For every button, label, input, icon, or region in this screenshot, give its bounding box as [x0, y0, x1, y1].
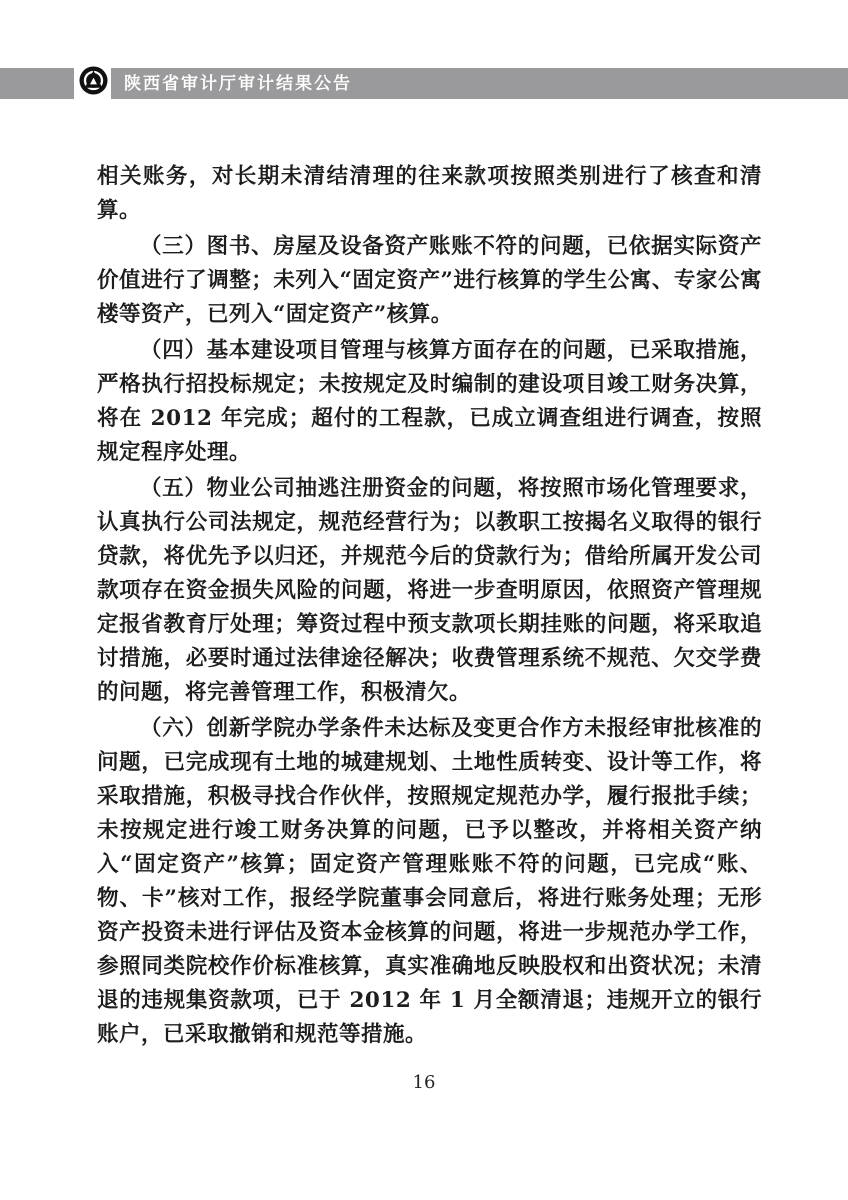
header-title: 陕西省审计厅审计结果公告: [124, 68, 352, 99]
paragraph-section-4: （四）基本建设项目管理与核算方面存在的问题，已采取措施，严格执行招投标规定；未按…: [97, 334, 762, 470]
paragraph-section-6: （六）创新学院办学条件未达标及变更合作方未报经审批核准的问题，已完成现有土地的城…: [97, 712, 762, 1052]
audit-emblem-icon: [79, 66, 108, 95]
paragraph-section-3: （三）图书、房屋及设备资产账账不符的问题，已依据实际资产价值进行了调整；未列入“…: [97, 230, 762, 332]
paragraph-continuation: 相关账务，对长期未清结清理的往来款项按照类别进行了核查和清算。: [97, 160, 762, 228]
page-number: 16: [0, 1072, 848, 1093]
paragraph-section-5: （五）物业公司抽逃注册资金的问题，将按照市场化管理要求，认真执行公司法规定，规范…: [97, 472, 762, 710]
document-page: 陕西省审计厅审计结果公告 相关账务，对长期未清结清理的往来款项按照类别进行了核查…: [0, 0, 848, 1200]
document-body: 相关账务，对长期未清结清理的往来款项按照类别进行了核查和清算。 （三）图书、房屋…: [97, 160, 762, 1054]
